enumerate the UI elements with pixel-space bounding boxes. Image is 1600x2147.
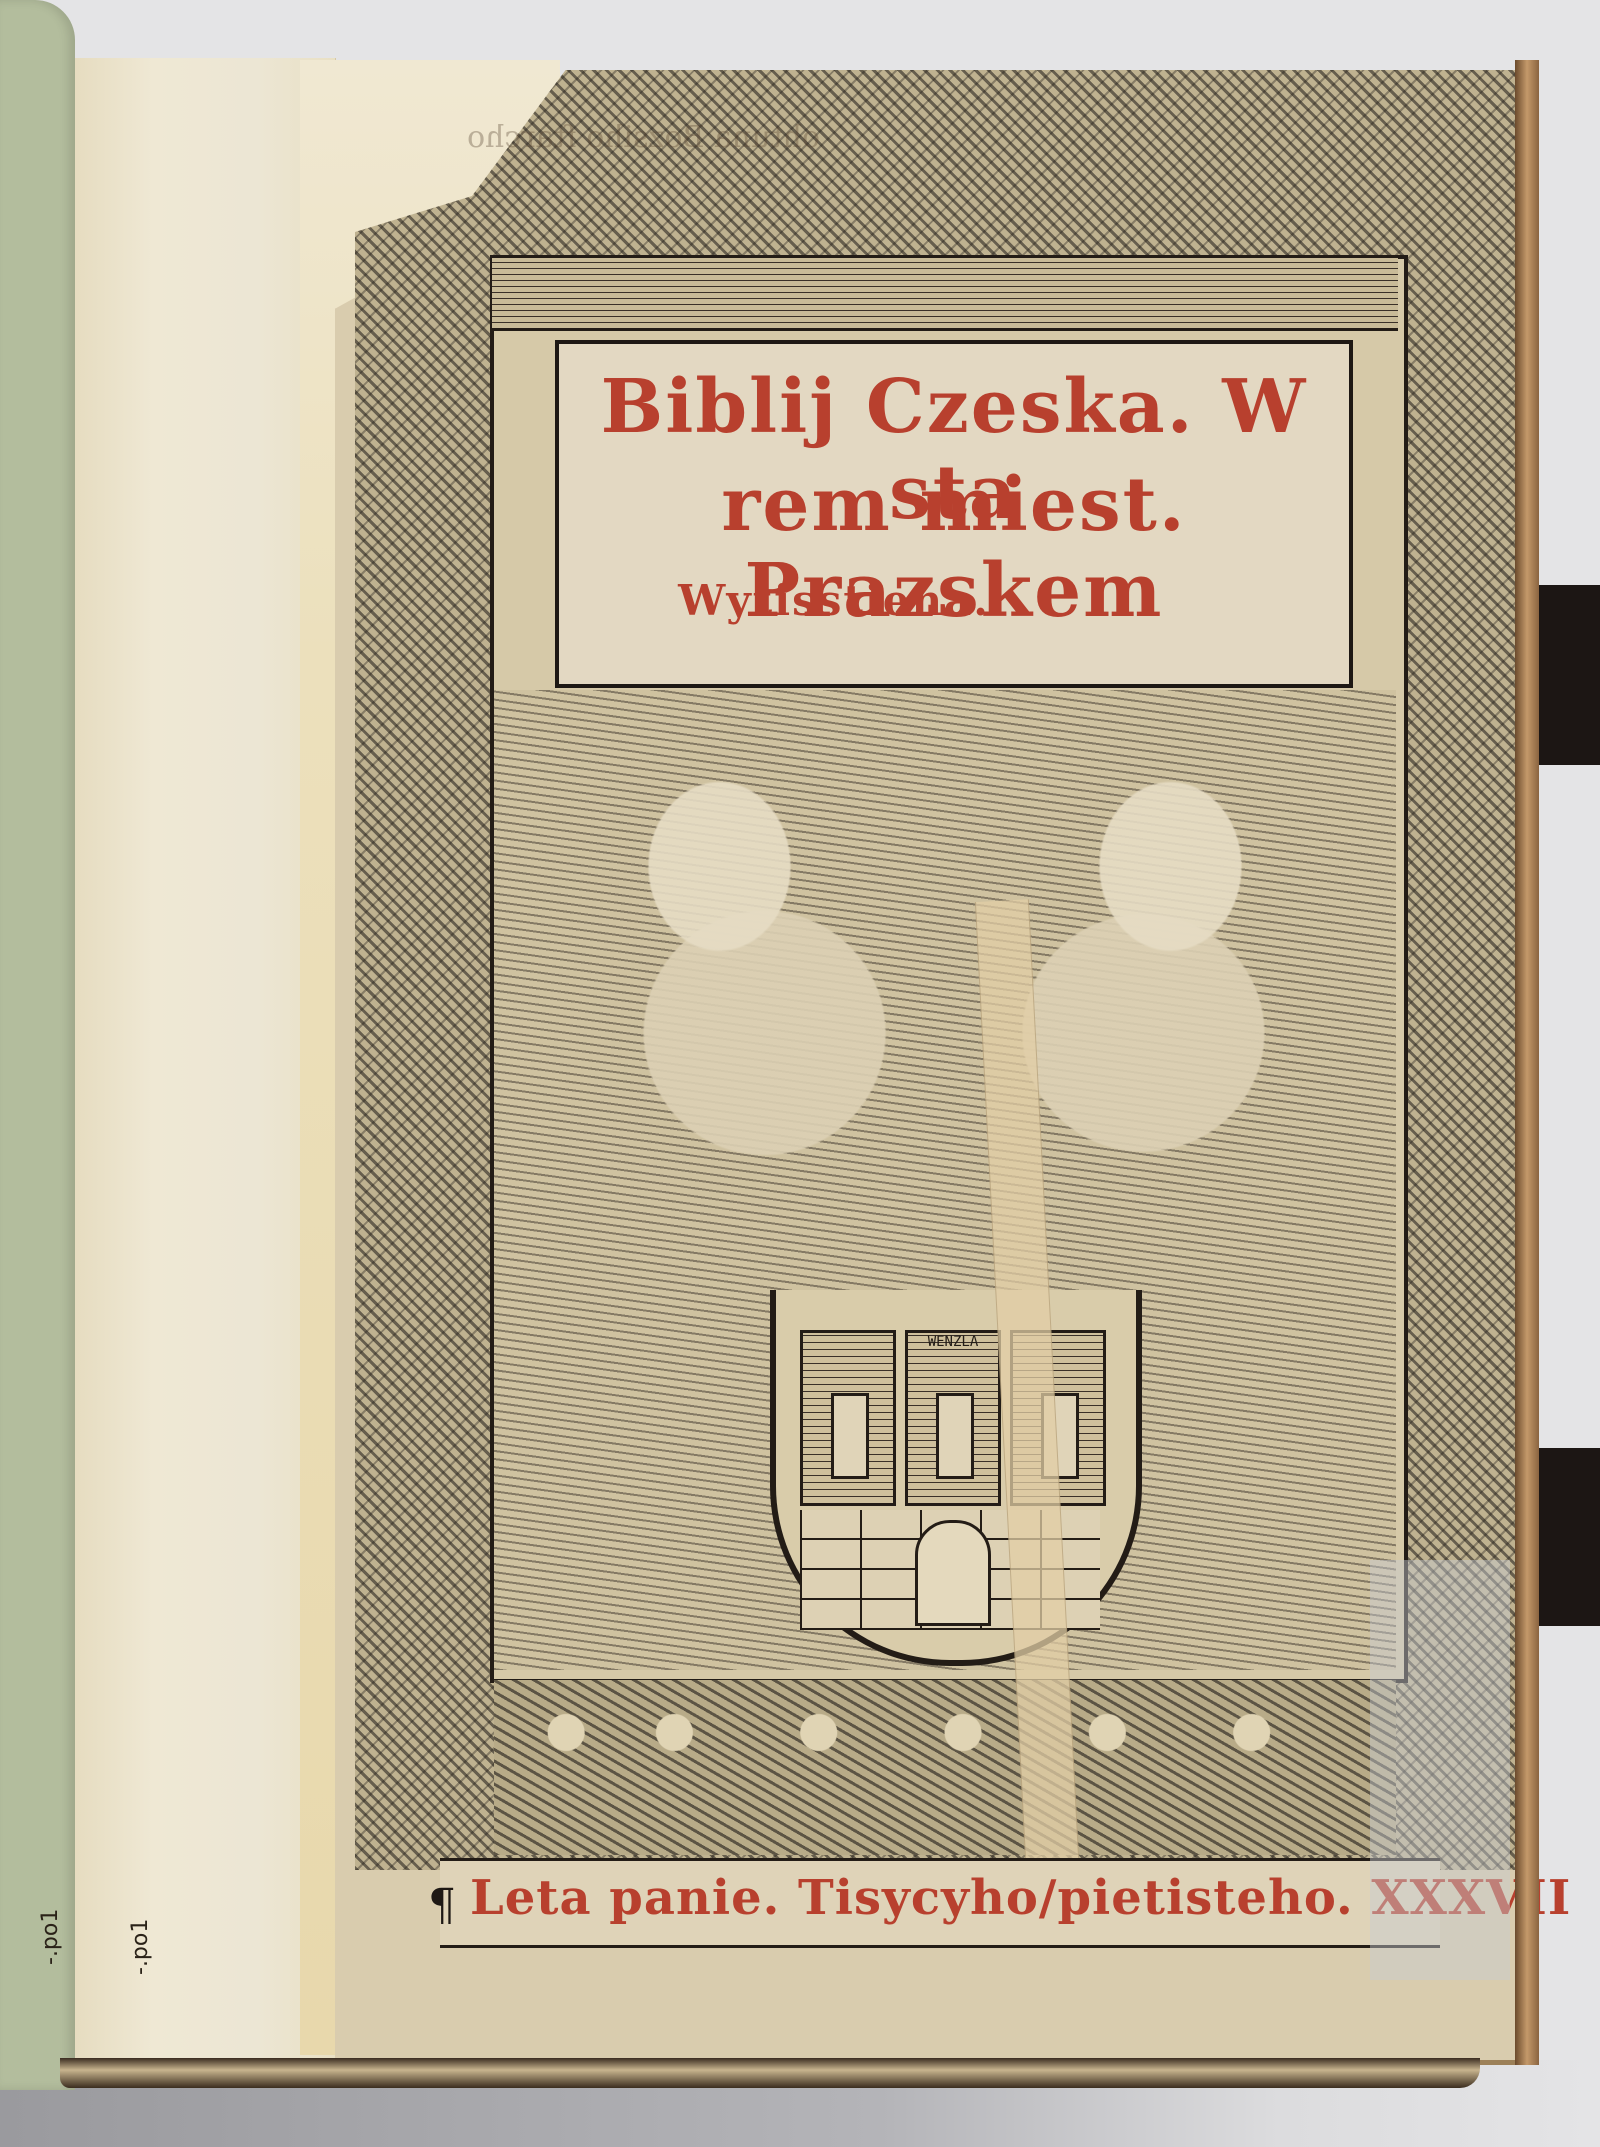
tower-window: [936, 1393, 974, 1479]
fore-edge: [1515, 60, 1539, 2065]
castle-tower-left: [800, 1330, 896, 1506]
handwritten-shelfmark: -.po1: [128, 1919, 153, 1975]
text-block-bottom-edge: [60, 2058, 1480, 2088]
title-cartouche: Biblij Czeska. W sta rem miest. Prazskem…: [555, 340, 1353, 688]
tower-window: [831, 1393, 869, 1479]
putti-frieze: [494, 1680, 1396, 1855]
colophon-text: Leta panie. Tisycyho/pietisteho. XXXVII: [470, 1870, 1390, 1926]
tissue-repair-patch: [1370, 1560, 1510, 1980]
castle-gate: [915, 1520, 991, 1626]
tower-inscription: WENZLA: [905, 1334, 1001, 1350]
handwritten-shelfmark: -.po1: [38, 1909, 63, 1965]
pilcrow-icon: ¶: [428, 1880, 456, 1931]
scroll-banner-ornament: [492, 258, 1398, 331]
flyleaf-white: [75, 58, 336, 2058]
book-cradle-strap-upper: [1530, 585, 1600, 765]
castle-tower-center: [905, 1330, 1001, 1506]
green-paper-board: [0, 0, 75, 2090]
title-line-3: Wytisstiena.: [439, 576, 1229, 625]
book-cradle-strap-lower: [1530, 1448, 1600, 1626]
mirrored-offset-text: ohtuna Bozsiho ftarcho: [400, 120, 820, 156]
